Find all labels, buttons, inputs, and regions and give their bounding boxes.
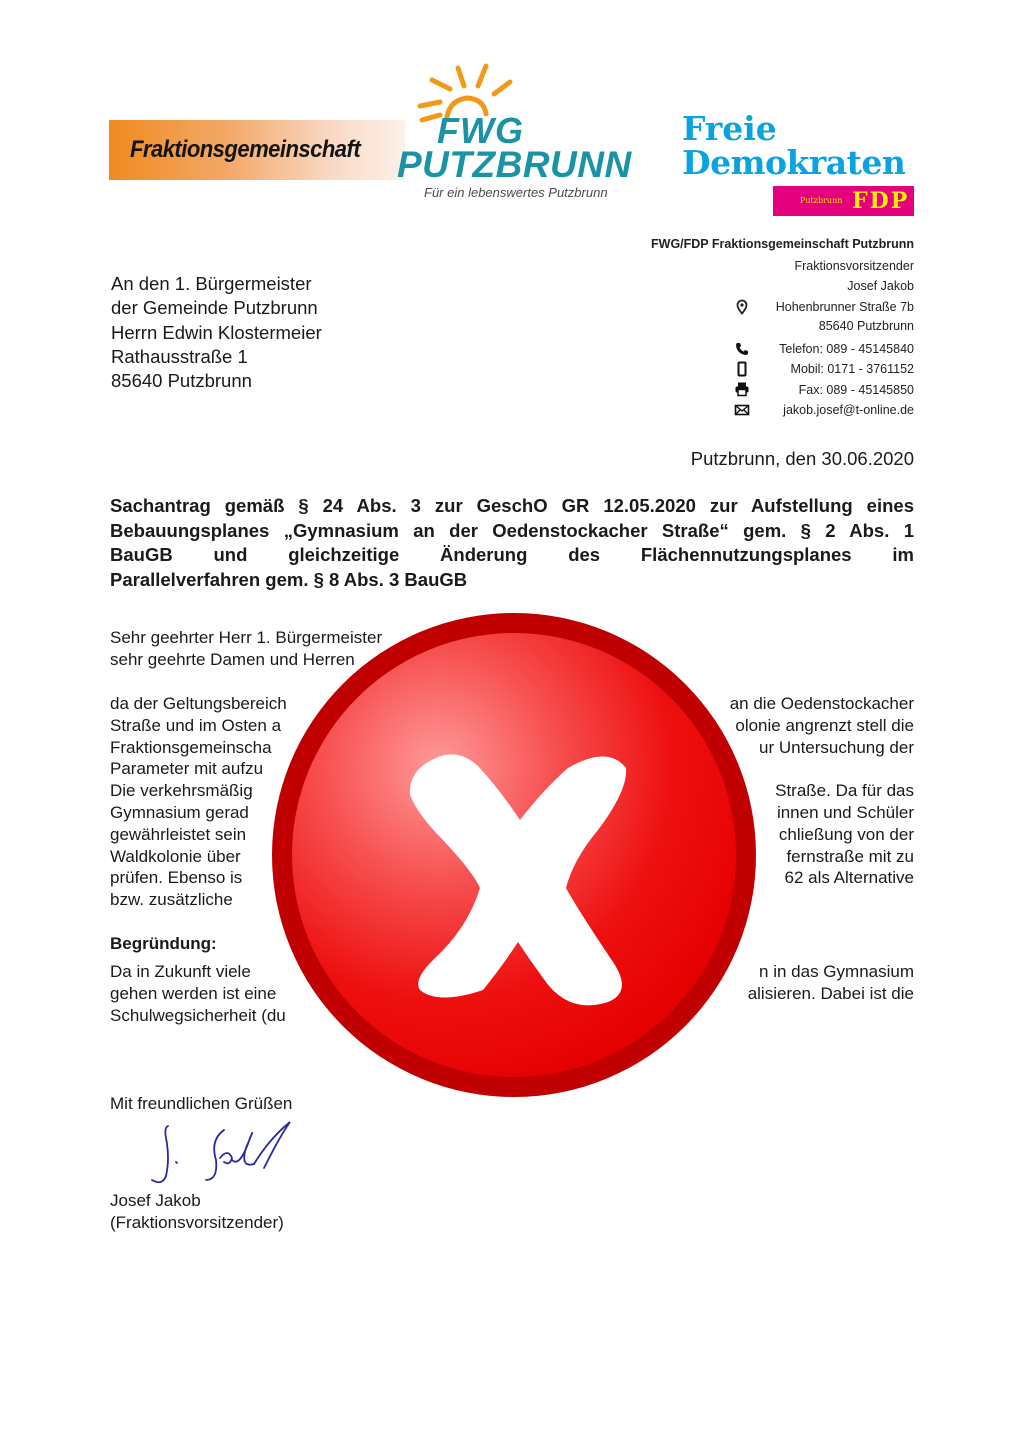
fdp-line-freie: Freie: [682, 112, 777, 145]
map-pin-icon: [734, 299, 750, 315]
subject-word: Flächennutzungsplanes: [641, 543, 852, 568]
subject-line: Parallelverfahren gem. § 8 Abs. 3 BauGB: [110, 568, 914, 593]
sender-email[interactable]: jakob.josef@t-online.de: [783, 400, 914, 420]
text-line-right: ur Untersuchung der: [759, 737, 914, 759]
sender-city: 85640 Putzbrunn: [819, 316, 914, 336]
sender-mobile[interactable]: Mobil: 0171 - 3761152: [791, 359, 914, 379]
fwg-band-text: Fraktionsgemeinschaft: [130, 136, 360, 164]
text-line-left: bzw. zusätzliche: [110, 889, 233, 911]
text-line-left: Schulwegsicherheit (du: [110, 1005, 286, 1027]
sender-organization: FWG/FDP Fraktionsgemeinschaft Putzbrunn: [651, 237, 914, 251]
fax-icon: [734, 381, 750, 397]
sender-role: Fraktionsvorsitzender: [795, 256, 915, 276]
subject-word: und: [214, 543, 248, 568]
text-line-right: chließung von der: [779, 824, 914, 846]
text-line-right: olonie angrenzt stell die: [735, 715, 914, 737]
letter-subject: Sachantrag gemäß § 24 Abs. 3 zur GeschO …: [110, 494, 914, 592]
subject-line: Bebauungsplanes „Gymnasium an der Oedens…: [110, 519, 914, 544]
text-line-left: Waldkolonie über: [110, 846, 241, 868]
recipient-line: 85640 Putzbrunn: [111, 369, 322, 393]
text-line-left: Straße und im Osten a: [110, 715, 281, 737]
signer-name: Josef Jakob: [110, 1190, 284, 1212]
closing-greeting: Mit freundlichen Grüßen: [110, 1094, 292, 1114]
signature-image: [140, 1118, 310, 1188]
reasoning-heading: Begründung:: [110, 934, 217, 954]
text-line-left: Fraktionsgemeinscha: [110, 737, 272, 759]
reject-x-icon: [268, 610, 760, 1100]
phone-icon: [734, 341, 750, 357]
fwg-slogan: Für ein lebenswertes Putzbrunn: [424, 185, 608, 200]
text-line-left: da der Geltungsbereich: [110, 693, 287, 715]
fwg-subtitle: PUTZBRUNN: [397, 144, 632, 186]
text-line-right: 62 als Alternative: [785, 867, 914, 889]
subject-word: im: [892, 543, 914, 568]
signer-role: (Fraktionsvorsitzender): [110, 1212, 284, 1234]
sender-street: Hohenbrunner Straße 7b: [776, 297, 914, 317]
letter-date: Putzbrunn, den 30.06.2020: [691, 448, 914, 470]
text-line-right: Straße. Da für das: [775, 780, 914, 802]
sender-name: Josef Jakob: [847, 276, 914, 296]
text-line-left: Die verkehrsmäßig: [110, 780, 253, 802]
sender-fax: Fax: 089 - 45145850: [799, 380, 914, 400]
subject-word: BauGB: [110, 543, 173, 568]
text-line-right: fernstraße mit zu: [786, 846, 914, 868]
mobile-icon: [734, 361, 750, 377]
text-line-left: Parameter mit aufzu: [110, 758, 263, 780]
text-line-right: n in das Gymnasium: [759, 961, 914, 983]
subject-word: Änderung: [440, 543, 527, 568]
subject-line: BauGBundgleichzeitigeÄnderungdesFlächenn…: [110, 543, 914, 568]
text-line-right: innen und Schüler: [777, 802, 914, 824]
text-line-left: Da in Zukunft viele: [110, 961, 251, 983]
recipient-line: Herrn Edwin Klostermeier: [111, 321, 322, 345]
mail-icon: [734, 402, 750, 418]
subject-word: des: [568, 543, 600, 568]
sender-phone[interactable]: Telefon: 089 - 45145840: [779, 339, 914, 359]
recipient-line: Rathausstraße 1: [111, 345, 322, 369]
recipient-address: An den 1. Bürgermeister der Gemeinde Put…: [111, 272, 322, 393]
subject-word: gleichzeitige: [288, 543, 399, 568]
text-line-right: alisieren. Dabei ist die: [748, 983, 914, 1005]
recipient-line: An den 1. Bürgermeister: [111, 272, 322, 296]
fdp-line-demokraten: Demokraten: [682, 146, 905, 179]
fdp-badge-location: Putzbrunn: [800, 196, 842, 205]
recipient-line: der Gemeinde Putzbrunn: [111, 296, 322, 320]
signer-block: Josef Jakob (Fraktionsvorsitzender): [110, 1190, 284, 1234]
text-line-left: prüfen. Ebenso is: [110, 867, 242, 889]
text-line-left: gehen werden ist eine: [110, 983, 276, 1005]
text-line-left: gewährleistet sein: [110, 824, 246, 846]
fdp-badge-label: FDP: [852, 188, 909, 214]
subject-line: Sachantrag gemäß § 24 Abs. 3 zur GeschO …: [110, 494, 914, 519]
text-line-left: Gymnasium gerad: [110, 802, 249, 824]
